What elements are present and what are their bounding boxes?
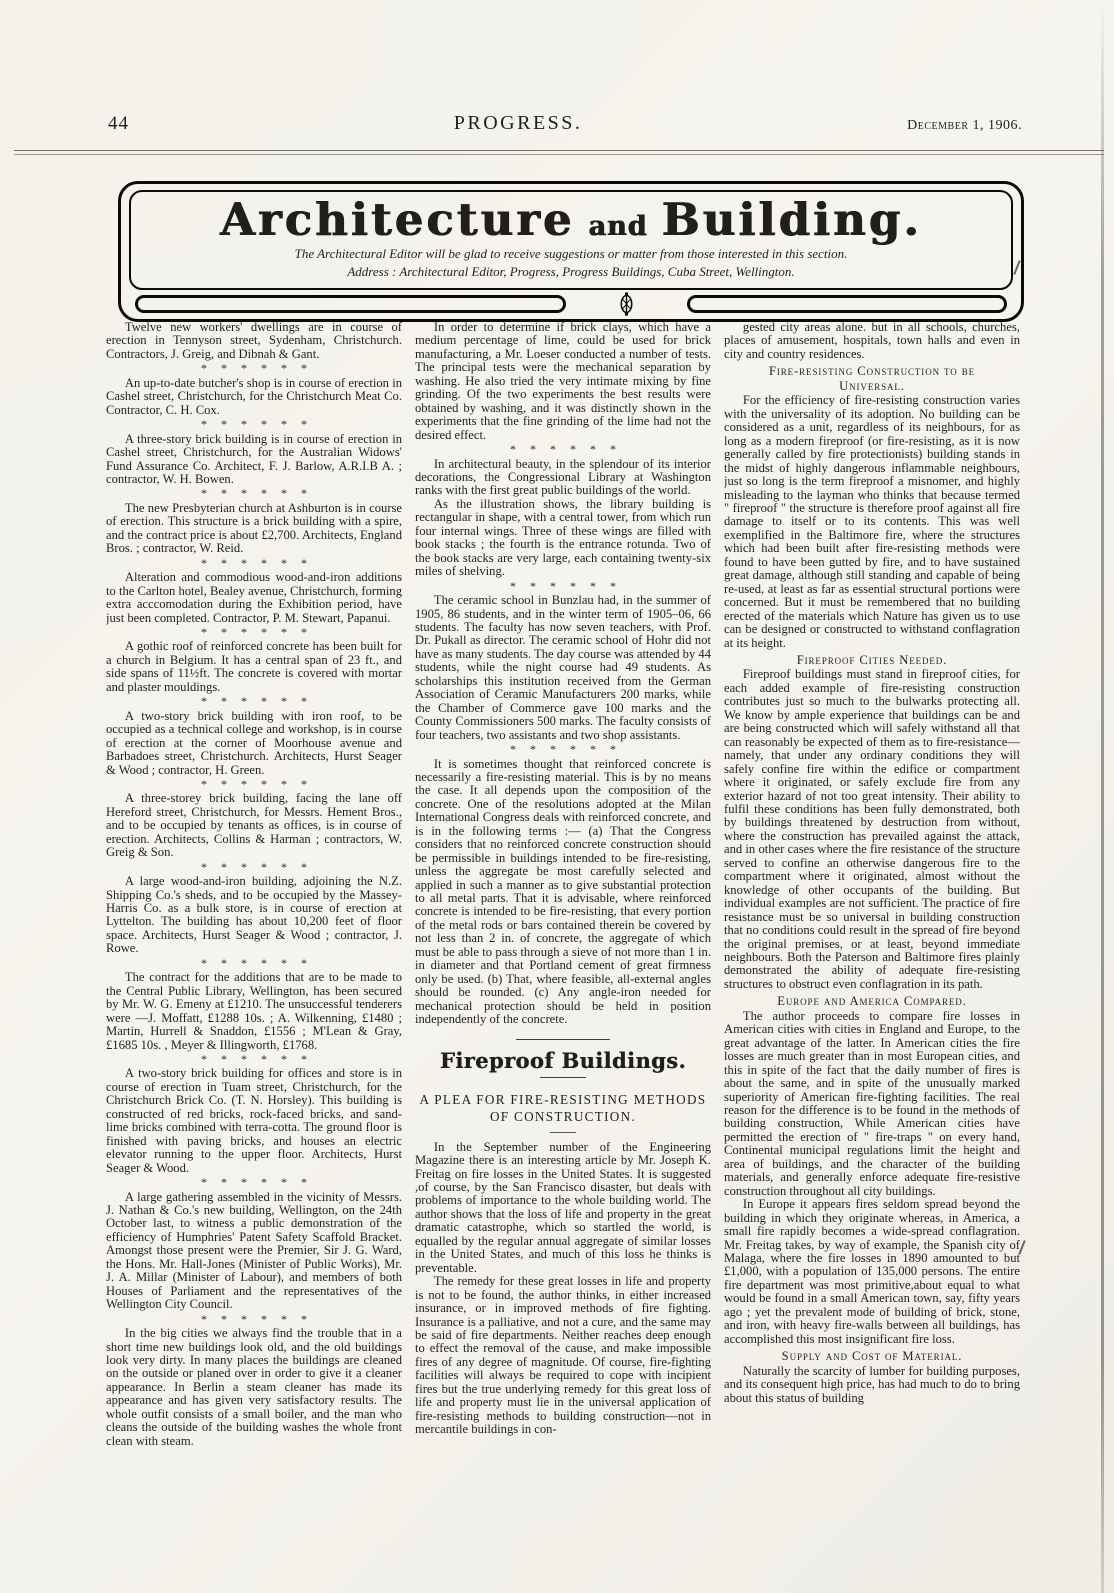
star-separator: * * * * * * [415,743,711,756]
article-heading: Fireproof Buildings. [415,1049,711,1072]
article-columns: Twelve new workers' dwellings are in cou… [106,321,1020,1531]
sub-heading: Europe and America Compared. [738,994,1006,1009]
title-word-architecture: Architecture [220,193,575,246]
paragraph: Alteration and commodious wood-and-iron … [106,571,402,625]
header-double-rule [14,150,1104,155]
star-separator: * * * * * * [106,1313,402,1326]
paragraph: A three-story brick building is in cours… [106,433,402,487]
paragraph: The new Presbyterian church at Ashburton… [106,502,402,556]
paragraph: A gothic roof of reinforced concrete has… [106,640,402,694]
paragraph: The remedy for these great losses in lif… [415,1275,711,1436]
paragraph: It is sometimes thought that reinforced … [415,758,711,1027]
sub-heading: Fire-resisting Construction to be Univer… [738,364,1006,393]
page-number: 44 [108,113,129,135]
star-separator: * * * * * * [106,695,402,708]
paragraph: The contract for the additions that are … [106,971,402,1052]
star-separator: * * * * * * [415,580,711,593]
paragraph: A two-story brick building with iron roo… [106,710,402,777]
paragraph: A large gathering assembled in the vicin… [106,1191,402,1312]
star-separator: * * * * * * [106,362,402,375]
banner-subtitle-line1: The Architectural Editor will be glad to… [141,246,1001,261]
star-separator: * * * * * * [106,1176,402,1189]
banner-inner-frame: ArchitectureandBuilding. The Architectur… [129,190,1013,290]
star-separator: * * * * * * [106,1053,402,1066]
star-separator: * * * * * * [106,957,402,970]
paragraph: For the efficiency of fire-resisting con… [724,394,1020,650]
sub-heading: Fireproof Cities Needed. [738,653,1006,668]
paragraph: An up-to-date butcher's shop is in cours… [106,377,402,417]
title-word-and: and [589,211,648,242]
right-scroll-bracket [687,295,1007,313]
star-separator: * * * * * * [106,778,402,791]
paragraph: Twelve new workers' dwellings are in cou… [106,321,402,361]
paragraph: Naturally the scarcity of lumber for bui… [724,1365,1020,1405]
sub-heading: Supply and Cost of Material. [738,1349,1006,1364]
paragraph: As the illustration shows, the library b… [415,498,711,579]
title-word-building: Building. [662,193,922,246]
paragraph: In order to determine if brick clays, wh… [415,321,711,442]
paragraph: A two-story brick building for offices a… [106,1067,402,1175]
banner-ornament-row [135,295,1007,313]
fleuron-ornament-icon [618,292,635,316]
paragraph: In Europe it appears fires seldom spread… [724,1198,1020,1346]
article-subheading: A PLEA FOR FIRE-RESISTING METHODS OF CON… [415,1091,711,1125]
star-separator: * * * * * * [106,626,402,639]
star-separator: * * * * * * [106,557,402,570]
issue-date: December 1, 1906. [907,118,1022,134]
star-separator: * * * * * * [106,487,402,500]
column-1: Twelve new workers' dwellings are in cou… [106,321,402,1531]
divider-rule [550,1132,576,1133]
paragraph: A three-storey brick building, facing th… [106,792,402,859]
star-separator: * * * * * * [106,418,402,431]
page-header: 44 PROGRESS. December 1, 1906. [108,112,1022,135]
paragraph: In architectural beauty, in the splendou… [415,458,711,498]
paragraph: A large wood-and-iron building, adjoinin… [106,875,402,956]
left-scroll-bracket [135,295,566,313]
journal-title: PROGRESS. [129,112,907,135]
paragraph: In the September number of the Engineeri… [415,1141,711,1276]
paragraph: The author proceeds to compare fire loss… [724,1010,1020,1198]
section-title: ArchitectureandBuilding. [141,197,1001,243]
star-separator: * * * * * * [106,861,402,874]
column-2: In order to determine if brick clays, wh… [415,321,711,1531]
magazine-page: 44 PROGRESS. December 1, 1906. Architect… [0,0,1114,1593]
paragraph: Fireproof buildings must stand in firepr… [724,668,1020,991]
paragraph: gested city areas alone. but in all scho… [724,321,1020,361]
scan-edge-artifact [1101,0,1104,1593]
section-banner-frame: ArchitectureandBuilding. The Architectur… [118,181,1024,322]
paragraph: In the big cities we always find the tro… [106,1327,402,1448]
column-3: gested city areas alone. but in all scho… [724,321,1020,1531]
paragraph: The ceramic school in Bunzlau had, in th… [415,594,711,742]
banner-subtitle-line2: Address : Architectural Editor, Progress… [141,264,1001,279]
divider-rule [516,1039,610,1040]
star-separator: * * * * * * [415,443,711,456]
divider-rule [540,1077,586,1078]
